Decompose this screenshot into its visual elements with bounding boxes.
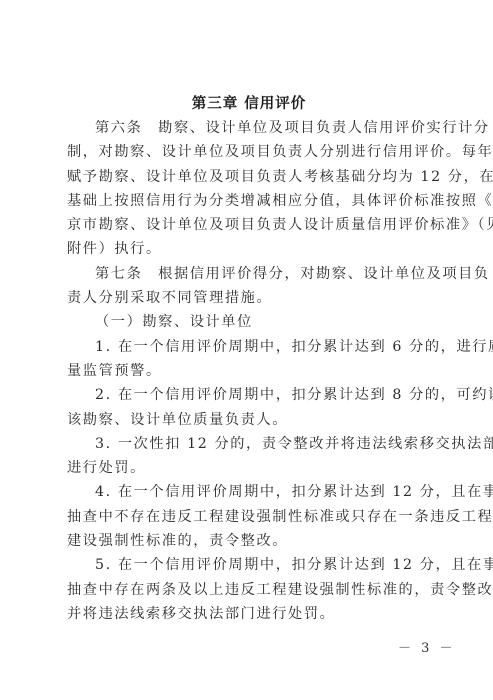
document-page: 第三章 信用评价 第六条 勘察、设计单位及项目负责人信用评价实行计分 制，对勘察… [67, 92, 431, 626]
text-line: 第六条 勘察、设计单位及项目负责人信用评价实行计分 [67, 116, 431, 140]
text-line: 并将违法线索移交执法部门进行处罚。 [67, 602, 431, 626]
text-line: 抽查中不存在违反工程建设强制性标准或只存在一条违反工程 [67, 505, 431, 529]
text-line: 抽查中存在两条及以上违反工程建设强制性标准的，责令整改 [67, 578, 431, 602]
text-line: 4. 在一个信用评价周期中，扣分累计达到 12 分，且在事后 [67, 480, 431, 504]
text-line: 第七条 根据信用评价得分，对勘察、设计单位及项目负 [67, 262, 431, 286]
text-line: 责人分别采取不同管理措施。 [67, 286, 431, 310]
text-line: 1. 在一个信用评价周期中，扣分累计达到 6 分的，进行质 [67, 335, 431, 359]
text-line: 赋予勘察、设计单位及项目负责人考核基础分均为 12 分，在此 [67, 165, 431, 189]
page-number: － 3 － [398, 637, 456, 656]
text-line: 进行处罚。 [67, 456, 431, 480]
text-line: 建设强制性标准的，责令整改。 [67, 529, 431, 553]
text-line: 3. 一次性扣 12 分的，责令整改并将违法线索移交执法部门 [67, 432, 431, 456]
text-line: 附件）执行。 [67, 237, 431, 261]
text-line: 5. 在一个信用评价周期中，扣分累计达到 12 分，且在事后 [67, 553, 431, 577]
text-line: 基础上按照信用行为分类增减相应分值，具体评价标准按照《北 [67, 189, 431, 213]
item-2-paragraph: 2. 在一个信用评价周期中，扣分累计达到 8 分的，可约谈 该勘察、设计单位质量… [67, 383, 431, 432]
text-line: 量监管预警。 [67, 359, 431, 383]
text-line: （一）勘察、设计单位 [67, 310, 431, 334]
text-line: 制，对勘察、设计单位及项目负责人分别进行信用评价。每年 [67, 140, 431, 164]
article-7-paragraph: 第七条 根据信用评价得分，对勘察、设计单位及项目负 责人分别采取不同管理措施。 [67, 262, 431, 311]
text-line: 该勘察、设计单位质量负责人。 [67, 408, 431, 432]
text-line: 京市勘察、设计单位及项目负责人设计质量信用评价标准》（见 [67, 213, 431, 237]
item-3-paragraph: 3. 一次性扣 12 分的，责令整改并将违法线索移交执法部门 进行处罚。 [67, 432, 431, 481]
item-1-paragraph: 1. 在一个信用评价周期中，扣分累计达到 6 分的，进行质 量监管预警。 [67, 335, 431, 384]
article-6-paragraph: 第六条 勘察、设计单位及项目负责人信用评价实行计分 制，对勘察、设计单位及项目负… [67, 116, 431, 262]
item-4-paragraph: 4. 在一个信用评价周期中，扣分累计达到 12 分，且在事后 抽查中不存在违反工… [67, 480, 431, 553]
item-5-paragraph: 5. 在一个信用评价周期中，扣分累计达到 12 分，且在事后 抽查中存在两条及以… [67, 553, 431, 626]
section-heading-survey-design-units: （一）勘察、设计单位 [67, 310, 431, 334]
text-line: 2. 在一个信用评价周期中，扣分累计达到 8 分的，可约谈 [67, 383, 431, 407]
chapter-title: 第三章 信用评价 [67, 92, 431, 116]
